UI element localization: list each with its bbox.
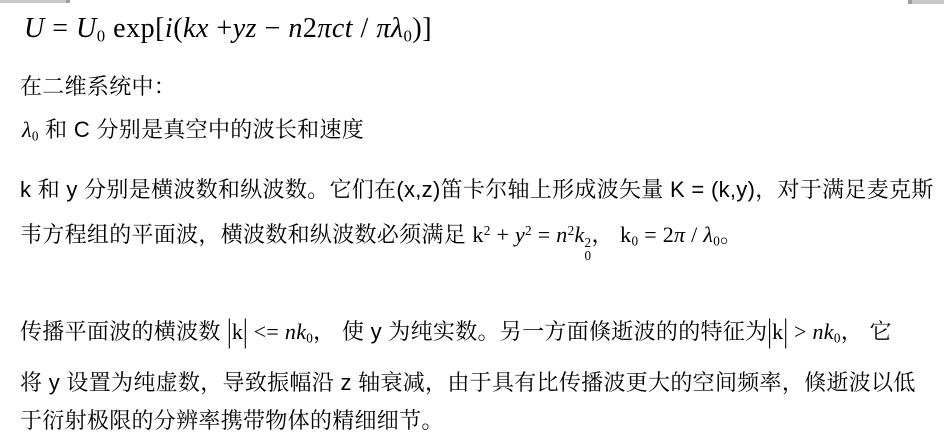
paragraph1-line2: 韦方程组的平面波，横波数和纵波数必须满足 k2 + y2 = n2k20， k0… <box>20 218 742 262</box>
document-page: U = U0 exp[i(kx +yz − n2πct / πλ0)] 在二维系… <box>0 0 944 442</box>
paragraph1-line1: k 和 y 分别是横波数和纵波数。它们在(x,z)笛卡尔轴上形成波矢量 K = … <box>20 173 934 204</box>
top-edge-fragment-right <box>908 0 944 4</box>
equation-plane-wave: U = U0 exp[i(kx +yz − n2πct / πλ0)] <box>24 12 432 47</box>
paragraph2-line2: 将 y 设置为纯虚数，导致振幅沿 z 轴衰减，由于具有比传播波更大的空间频率，倏… <box>20 366 916 397</box>
top-edge-fragment-bar <box>0 0 66 3</box>
top-edge-fragment-bar <box>912 0 944 4</box>
paragraph2-line3: 于衍射极限的分辨率携带物体的精细细节。 <box>20 404 444 435</box>
lambda-definition-line: λ0 和 C 分别是真空中的波长和速度 <box>22 113 364 145</box>
intro-line: 在二维系统中： <box>20 70 176 101</box>
paragraph2-line1: 传播平面波的横波数 |k| <= nk0， 使 y 为纯实数。另一方面倏逝波的的… <box>20 315 892 347</box>
top-edge-fragment-tip <box>66 0 70 3</box>
top-edge-fragment-left <box>0 0 70 3</box>
